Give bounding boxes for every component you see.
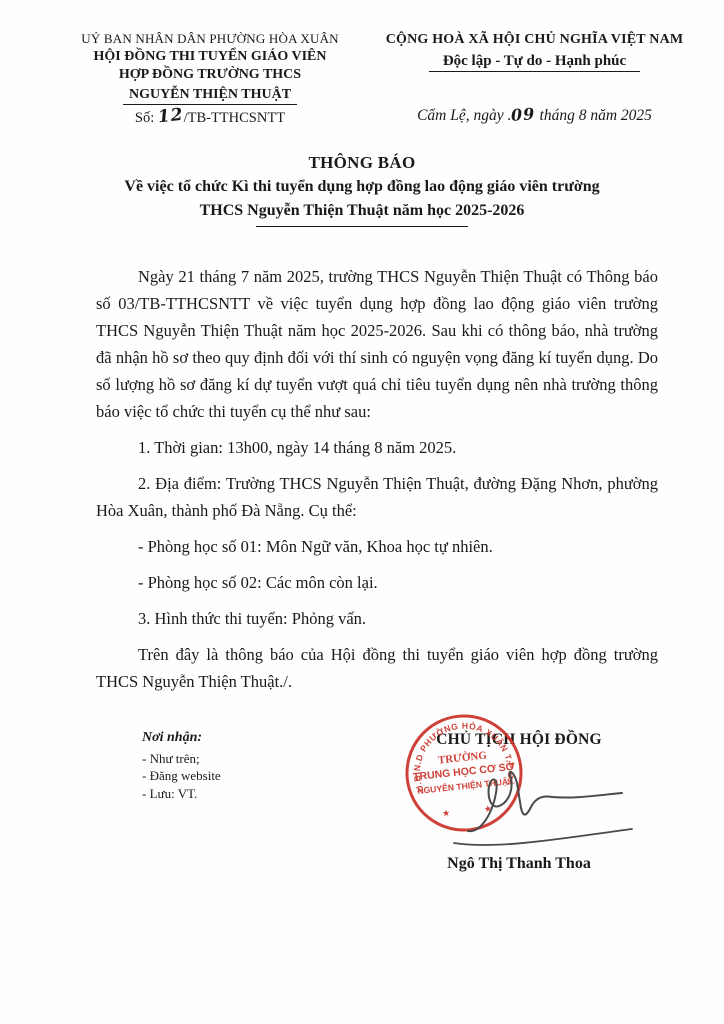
date-suffix: tháng 8 năm 2025 (536, 107, 652, 124)
document-subtitle-line2: THCS Nguyễn Thiện Thuật năm học 2025-202… (0, 199, 724, 223)
recipient-item: - Lưu: VT. (142, 785, 221, 803)
authority-line4: NGUYỄN THIỆN THUẬT (123, 87, 297, 105)
list-item-location: 2. Địa điểm: Trường THCS Nguyễn Thiện Th… (96, 470, 658, 524)
recipients-title: Nơi nhận: (142, 729, 221, 747)
list-subitem-room1: - Phòng học số 01: Môn Ngữ văn, Khoa học… (96, 533, 658, 560)
document-body: Ngày 21 tháng 7 năm 2025, trường THCS Ng… (0, 227, 724, 695)
place-date-line: Cẩm Lệ, ngày .09 tháng 8 năm 2025 (375, 105, 694, 125)
authority-line2: HỘI ĐỒNG THI TUYỂN GIÁO VIÊN (45, 48, 375, 66)
recipients-block: Nơi nhận: - Như trên; - Đăng website - L… (142, 729, 221, 802)
document-number-line: Số: 12/TB-TTHCSNTT (45, 108, 375, 127)
national-title: CỘNG HOÀ XÃ HỘI CHỦ NGHĨA VIỆT NAM (375, 30, 694, 49)
document-title: THÔNG BÁO (0, 151, 724, 175)
issuing-authority-block: UỶ BAN NHÂN DÂN PHƯỜNG HÒA XUÂN HỘI ĐỒNG… (45, 30, 375, 127)
recipient-item: - Đăng website (142, 767, 221, 785)
paragraph-intro: Ngày 21 tháng 7 năm 2025, trường THCS Ng… (96, 263, 658, 425)
date-prefix: Cẩm Lệ, ngày . (417, 107, 511, 124)
signature-graphic (450, 753, 650, 853)
signer-name: Ngô Thị Thanh Thoa (404, 855, 634, 873)
document-title-block: THÔNG BÁO Về việc tổ chức Kì thi tuyển d… (0, 151, 724, 227)
document-footer: Nơi nhận: - Như trên; - Đăng website - L… (0, 725, 724, 965)
motto-wrap: Độc lập - Tự do - Hạnh phúc (375, 51, 694, 71)
list-subitem-room2: - Phòng học số 02: Các môn còn lại. (96, 569, 658, 596)
handwritten-signature (450, 753, 650, 858)
list-item-time: 1. Thời gian: 13h00, ngày 14 tháng 8 năm… (96, 434, 658, 461)
document-subtitle-line1: Về việc tổ chức Kì thi tuyển dụng hợp đồ… (0, 175, 724, 199)
motto: Độc lập - Tự do - Hạnh phúc (429, 53, 640, 72)
document-page: UỶ BAN NHÂN DÂN PHƯỜNG HÒA XUÂN HỘI ĐỒNG… (0, 0, 724, 1024)
document-number-suffix: /TB-TTHCSNTT (184, 110, 286, 126)
national-motto-block: CỘNG HOÀ XÃ HỘI CHỦ NGHĨA VIỆT NAM Độc l… (375, 30, 694, 127)
document-header: UỶ BAN NHÂN DÂN PHƯỜNG HÒA XUÂN HỘI ĐỒNG… (0, 0, 724, 127)
list-item-format: 3. Hình thức thi tuyển: Phỏng vấn. (96, 605, 658, 632)
recipient-item: - Như trên; (142, 750, 221, 768)
authority-line3: HỢP ĐỒNG TRƯỜNG THCS (45, 66, 375, 84)
paragraph-closing: Trên đây là thông báo của Hội đồng thi t… (96, 641, 658, 695)
authority-parent: UỶ BAN NHÂN DÂN PHƯỜNG HÒA XUÂN (45, 30, 375, 48)
authority-line4-wrap: NGUYỄN THIỆN THUẬT (45, 85, 375, 104)
document-number-handwritten: 12 (157, 106, 184, 127)
date-day-handwritten: 09 (511, 104, 537, 125)
document-number-prefix: Số: (135, 110, 158, 126)
